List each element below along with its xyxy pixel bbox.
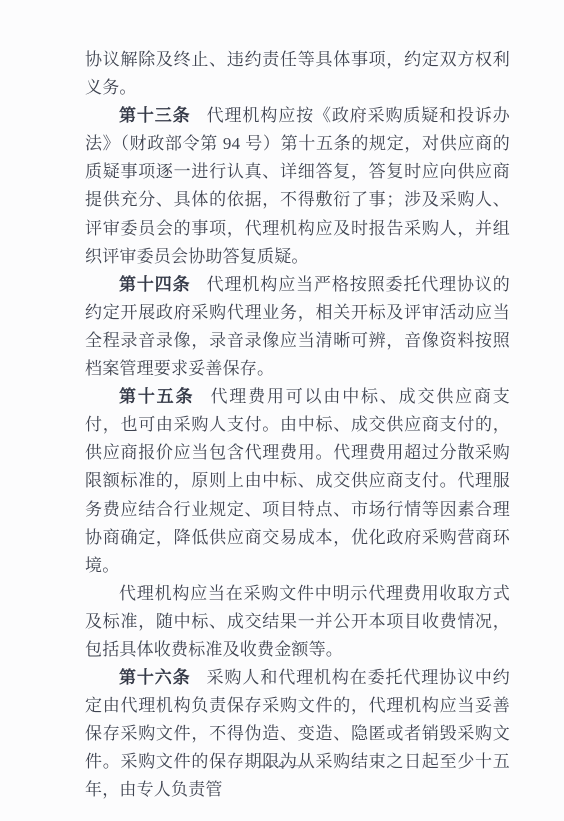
paragraph: 第十四条代理机构应当严格按照委托代理协议的约定开展政府采购代理业务，相关开标及评… <box>85 271 510 383</box>
page-number: — 4 — <box>0 757 564 773</box>
paragraph: 代理机构应当在采购文件中明示代理费用收取方式及标准，随中标、成交结果一并公开本项… <box>85 580 510 664</box>
article-number: 第十五条 <box>119 387 194 406</box>
paragraph-text: 代理费用可以由中标、成交供应商支付，也可由采购人支付。由中标、成交供应商支付的，… <box>85 387 510 575</box>
paragraph: 第十五条代理费用可以由中标、成交供应商支付，也可由采购人支付。由中标、成交供应商… <box>85 383 510 580</box>
document-page: 协议解除及终止、违约责任等具体事项，约定双方权利义务。 第十三条代理机构应按《政… <box>0 0 564 821</box>
paragraph-text: 代理机构应当在采购文件中明示代理费用收取方式及标准，随中标、成交结果一并公开本项… <box>85 584 510 659</box>
article-number: 第十六条 <box>119 668 191 687</box>
paragraph-text: 协议解除及终止、违约责任等具体事项，约定双方权利义务。 <box>85 50 510 97</box>
article-number: 第十三条 <box>119 106 191 125</box>
article-number: 第十四条 <box>119 275 191 294</box>
document-text-block: 协议解除及终止、违约责任等具体事项，约定双方权利义务。 第十三条代理机构应按《政… <box>85 46 510 805</box>
paragraph: 协议解除及终止、违约责任等具体事项，约定双方权利义务。 <box>85 46 510 102</box>
paragraph: 第十六条采购人和代理机构在委托代理协议中约定由代理机构负责保存采购文件的，代理机… <box>85 664 510 804</box>
paragraph: 第十三条代理机构应按《政府采购质疑和投诉办法》（财政部令第 94 号）第十五条的… <box>85 102 510 271</box>
paragraph-text: 采购人和代理机构在委托代理协议中约定由代理机构负责保存采购文件的，代理机构应当妥… <box>85 668 510 799</box>
paragraph-text: 代理机构应按《政府采购质疑和投诉办法》（财政部令第 94 号）第十五条的规定，对… <box>85 106 510 265</box>
